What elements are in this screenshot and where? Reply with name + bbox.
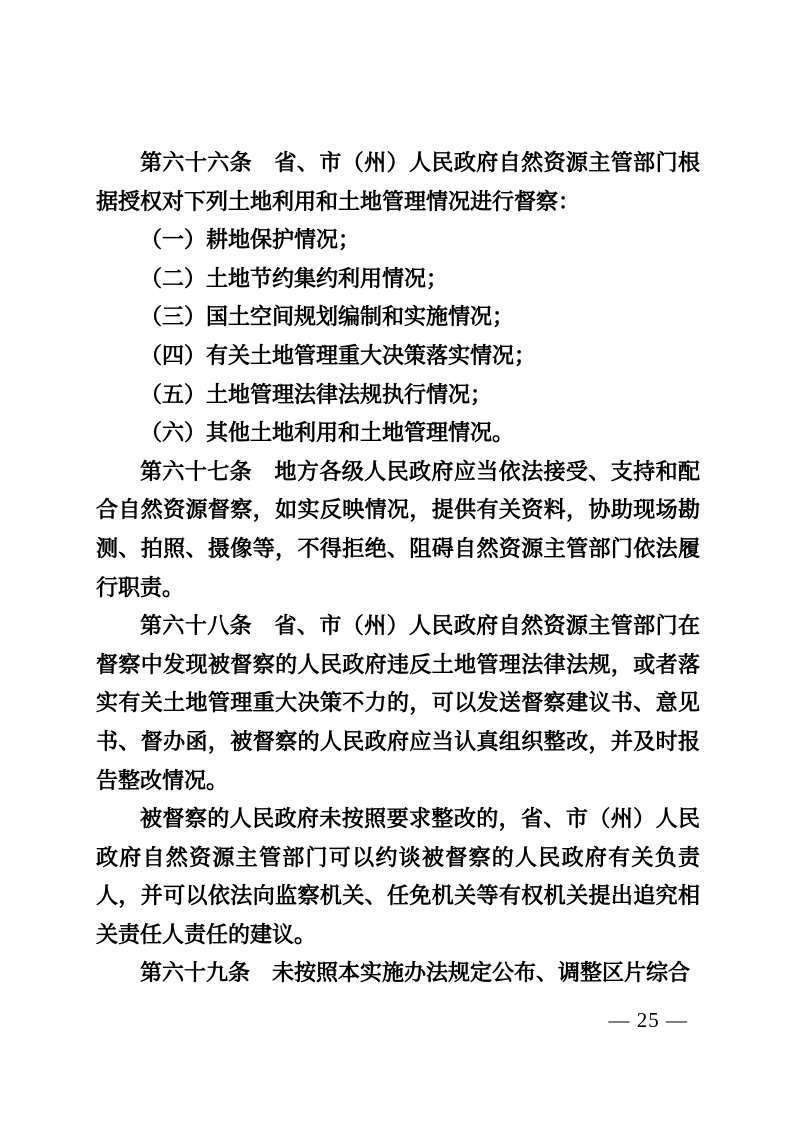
page-number: — 25 — (609, 1008, 689, 1033)
paragraph-article-66-item-2: （二）土地节约集约利用情况； (96, 260, 700, 299)
paragraph-article-66-item-4: （四）有关土地管理重大决策落实情况； (96, 337, 700, 376)
paragraph-article-69: 第六十九条 未按照本实施办法规定公布、调整区片综合 (96, 954, 700, 993)
paragraph-article-66-intro: 第六十六条 省、市（州）人民政府自然资源主管部门根据授权对下列土地利用和土地管理… (96, 144, 700, 221)
paragraph-article-66-item-5: （五）土地管理法律法规执行情况； (96, 376, 700, 415)
paragraph-article-66-item-6: （六）其他土地利用和土地管理情况。 (96, 414, 700, 453)
paragraph-article-68-para-1: 第六十八条 省、市（州）人民政府自然资源主管部门在督察中发现被督察的人民政府违反… (96, 607, 700, 800)
paragraph-article-66-item-1: （一）耕地保护情况； (96, 221, 700, 260)
document-body: 第六十六条 省、市（州）人民政府自然资源主管部门根据授权对下列土地利用和土地管理… (96, 144, 700, 993)
document-page: 第六十六条 省、市（州）人民政府自然资源主管部门根据授权对下列土地利用和土地管理… (0, 0, 793, 1122)
paragraph-article-67: 第六十七条 地方各级人民政府应当依法接受、支持和配合自然资源督察，如实反映情况，… (96, 453, 700, 607)
paragraph-article-66-item-3: （三）国土空间规划编制和实施情况； (96, 298, 700, 337)
paragraph-article-68-para-2: 被督察的人民政府未按照要求整改的，省、市（州）人民政府自然资源主管部门可以约谈被… (96, 800, 700, 954)
